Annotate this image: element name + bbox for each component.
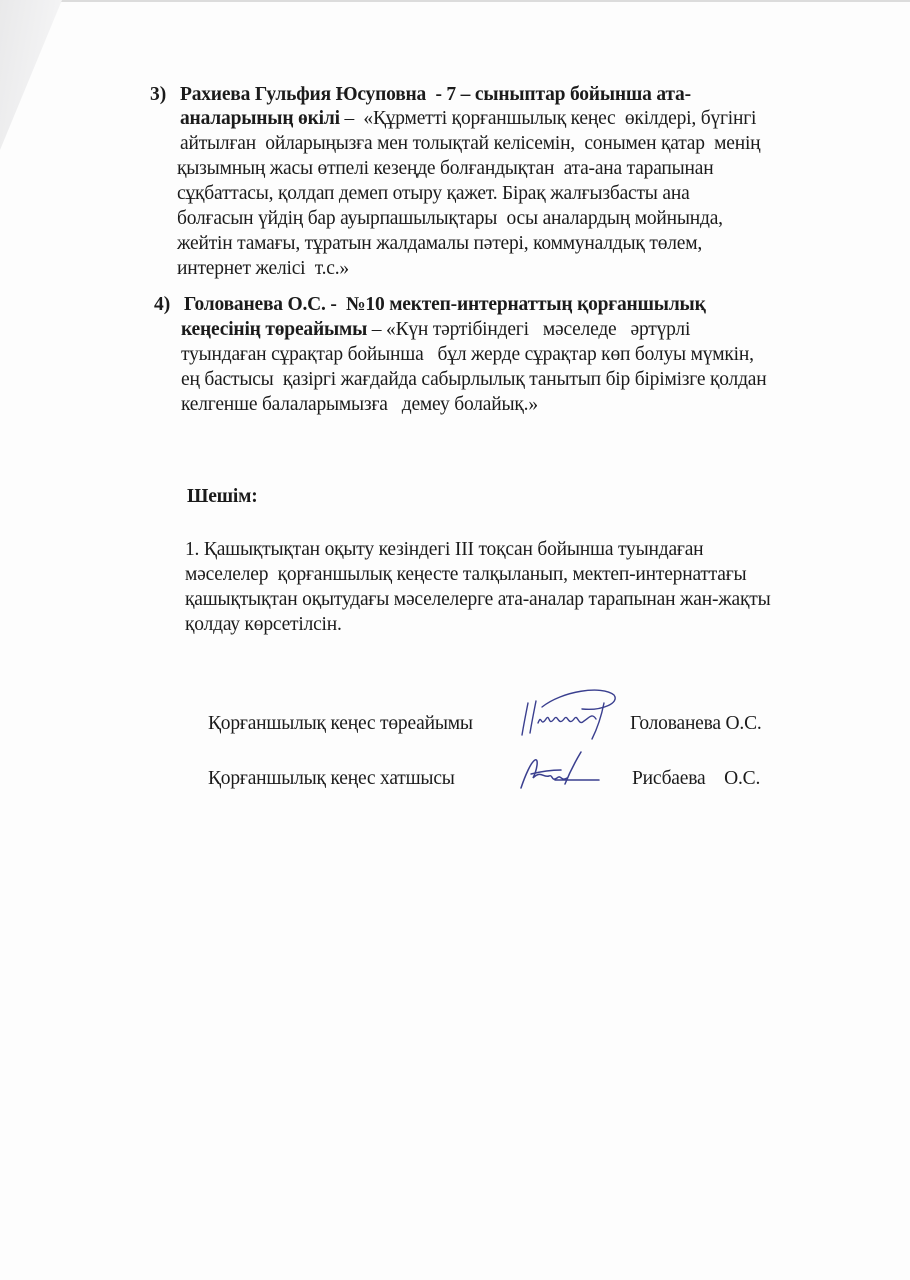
signature-chair-icon [512, 683, 622, 743]
page-top-edge [0, 0, 910, 2]
item-line: жейтін тамағы, тұратын жалдамалы пәтері,… [177, 232, 702, 256]
item-line: келгенше балаларымызға демеу болайық.» [181, 393, 538, 417]
item-line: Рахиева Гульфия Юсуповна - 7 – сыныптар … [180, 83, 691, 107]
item-line: болғасын үйдің бар ауырпашылықтары осы а… [177, 207, 723, 231]
item-line: ең бастысы қазіргі жағдайда сабырлылық т… [181, 368, 766, 392]
item-line: Голованева О.С. - №10 мектеп-интернаттың… [184, 293, 706, 317]
item-line: сұқбаттасы, қолдап демеп отыру қажет. Бі… [177, 182, 690, 206]
decision-line: қашықтықтан оқытудағы мәселелерге ата-ан… [185, 588, 771, 612]
decision-line: 1. Қашықтықтан оқыту кезіндегі ІІІ тоқса… [185, 538, 703, 562]
decision-line: мәселелер қорғаншылық кеңесте талқыланып… [185, 563, 746, 587]
item-number: 4) [154, 293, 170, 317]
item-line: айтылған ойларыңызға мен толықтай келісе… [180, 132, 760, 156]
page-fold-shadow [0, 0, 62, 150]
item-line: кеңесінің төреайымы – «Күн тәртібіндегі … [181, 318, 690, 342]
signature-name: Голованева О.С. [630, 712, 762, 736]
signature-role: Қорғаншылық кеңес хатшысы [208, 767, 455, 791]
item-line: қызымның жасы өтпелі кезеңде болғандықта… [177, 157, 713, 181]
decision-line: қолдау көрсетілсін. [185, 613, 342, 637]
item-line: интернет желісі т.с.» [177, 257, 349, 281]
decision-heading: Шешім: [187, 485, 258, 509]
signature-secretary-icon [515, 748, 605, 796]
signature-name: Рисбаева О.С. [632, 767, 760, 791]
item-line: аналарының өкілі – «Құрметті қорғаншылық… [180, 107, 756, 131]
item-line: туындаған сұрақтар бойынша бұл жерде сұр… [181, 343, 754, 367]
item-number: 3) [150, 83, 166, 107]
signature-role: Қорғаншылық кеңес төреайымы [208, 712, 473, 736]
